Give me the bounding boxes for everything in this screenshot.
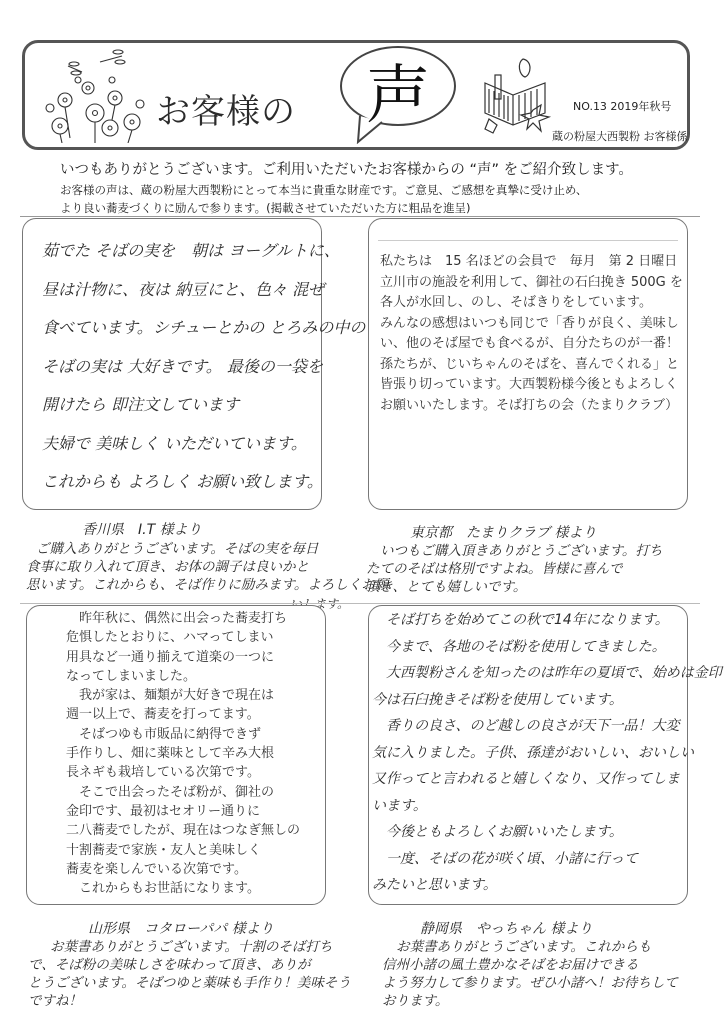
intro-greeting: いつもありがとうございます。ご利用いただいたお客様からの “声” をご紹介致しま… [60, 158, 633, 179]
letter-body: 私たちは 15 名ほどの会員で 毎月 第 2 日曜日 立川市の施設を利用して、御… [380, 252, 683, 416]
reply-from: 東京都 たまりクラブ 様より [410, 522, 596, 542]
reply-body: ご購入ありがとうございます。そばの実を毎日 食事に取り入れて頂き、お体の調子は良… [26, 540, 388, 594]
leaf-icon [519, 59, 530, 77]
reply-from: 静岡県 やっちゃん 様より [420, 918, 592, 938]
intro-description-2: より良い蕎麦づくりに励んで参ります。(掲載させていただいた方に粗品を進呈) [60, 200, 471, 216]
reply-body: お葉書ありがとうございます。これからも 信州小諸の風土豊かなそばをお届けできる … [382, 938, 678, 1010]
letter-body: そば打ちを始めてこの秋で14年になります。 今まで、各地のそば粉を使用してきまし… [372, 607, 722, 899]
divider [20, 603, 700, 604]
reply-body: いつもご購入頂きありがとうございます。打ち たてのそばは格別ですよね。皆様に喜ん… [366, 542, 662, 596]
letter-body: 茹でた そばの実を 朝は ヨーグルトに、 昼は汁物に、夜は 納豆にと、色々 混ぜ… [42, 232, 365, 502]
ginkgo-leaf-icon [485, 119, 497, 133]
reply-from: 山形県 コタローパパ 様より [88, 918, 274, 938]
letter-body: 昨年秋に、偶然に出会った蕎麦打ち 危惧したとおりに、ハマってしまい 用具など一通… [66, 609, 300, 898]
intro-description: お客様の声は、蔵の粉屋大西製粉にとって本当に貴重な財産です。ご意見、ご感想を真摯… [60, 182, 587, 198]
open-book-illustration [475, 55, 555, 135]
dragonfly-icon [68, 62, 82, 75]
page-title: お客様の [156, 84, 296, 133]
company-name: 蔵の粉屋大西製粉 お客様係 [552, 128, 688, 144]
reply-body: お葉書ありがとうございます。十割のそば打ち で、そば粉の美味しさを味わって頂き、… [28, 938, 351, 1010]
issue-number: NO.13 2019年秋号 [573, 98, 671, 114]
voice-character: 声 [358, 44, 438, 136]
cosmos-flowers-illustration [40, 48, 150, 143]
dragonfly-icon [100, 50, 125, 64]
divider [378, 240, 678, 241]
divider [20, 216, 700, 217]
reply-from: 香川県 I.T 様より [82, 519, 202, 539]
